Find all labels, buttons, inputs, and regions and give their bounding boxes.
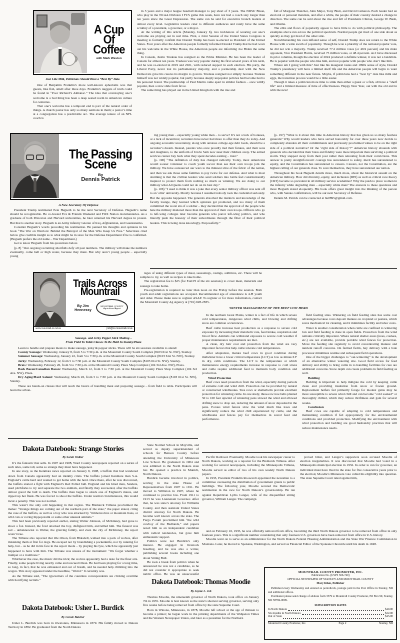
- photo-county-agent: [34, 273, 66, 330]
- coffee-kicker: Just Like Milk, Politicians Should Have …: [33, 78, 133, 82]
- masthead-box: MOUNTRAIL COUNTY PROMOTER, INC. Publicat…: [264, 567, 397, 640]
- body-paragraph: This had been previously reported earlie…: [8, 519, 138, 536]
- body-paragraph: Beef cows need protection from the wind,…: [202, 380, 297, 422]
- body-paragraph: A clean, dry hair coat and protection fr…: [202, 342, 297, 350]
- body-paragraph: (p. 106) “I used to think it was a joke …: [150, 187, 265, 225]
- body-paragraph: It’s the fantastic that sells. In 1907 a…: [8, 461, 138, 469]
- section-rule: [150, 268, 397, 269]
- body-paragraph: That one’s welcome has a temporal end is…: [33, 104, 132, 121]
- class-entry: Back Bacon/Canadian Bacon: Wednesday, Ma…: [10, 367, 197, 375]
- datebook-moodie-byline: By Jayme L. Job: [143, 589, 259, 593]
- trails-schedule-column: Learn to handle and prepare meats to mak…: [10, 346, 197, 434]
- trails-byline: By Jim Hennessy: [72, 304, 94, 312]
- body-paragraph: Politics were not Burdick’s only interes…: [143, 539, 199, 560]
- body-paragraph: Throughout his book Hegseth details more…: [270, 171, 397, 196]
- rate-value: $45.00: [385, 615, 393, 619]
- body-paragraph: in 3 years and a major league baseball m…: [137, 9, 265, 30]
- body-paragraph: Moodie went on to serve as an administra…: [202, 537, 397, 545]
- website-url: www.mountrail-co.nd.us: [36, 327, 61, 330]
- passing-scene-title-area: The Passing Scene By Dennis Patrick: [59, 134, 142, 199]
- body-paragraph: One of the bigger challenges to “out-win…: [302, 355, 397, 376]
- body-paragraph: President Trump nominated Pete Hegseth t…: [10, 208, 147, 225]
- passing-scene-author: Dennis Patrick: [81, 177, 120, 183]
- county-agent-logo: MOUNTRAIL COUNTY Agricultural Agent: [96, 299, 128, 316]
- body-paragraph: Thomas Moodie, the nineteenth governor o…: [143, 595, 259, 608]
- class-entry: Dry Aging/Hard Salami: Wednesday, March …: [10, 375, 197, 383]
- trails-headline-box: Trails Across Mountrail By Jim Hennessy …: [33, 272, 135, 332]
- passing-scene-kicker: A New Secretary Of Defense: [10, 203, 147, 207]
- body-paragraph: Usher L. Burdick was born in Owatonna, M…: [8, 621, 138, 629]
- body-paragraph: fall of Margaret Thatcher, John Major, T…: [270, 9, 397, 26]
- passing-scene-title-line: Scene: [85, 160, 117, 172]
- burdick-continuation-column: State Normal School in Mayville, and ser…: [143, 443, 199, 575]
- body-paragraph: The registration fee is $25 (for EACH of…: [140, 279, 262, 287]
- masthead-postmaster-para: Postmaster please send change of address…: [268, 595, 393, 603]
- body-paragraph: tages of using different types of meat, …: [140, 271, 262, 279]
- trails-title-area: Trails Across Mountrail By Jim Hennessy …: [66, 273, 134, 331]
- body-paragraph: After adaptation, mature beef cows in go…: [202, 351, 297, 376]
- body-paragraph: Though it takes a politician more time t…: [270, 80, 397, 93]
- body-paragraph: The ebbs and flows of popularity appear …: [270, 26, 397, 39]
- photo-man-in-suit: [11, 134, 59, 198]
- beef-column-a: In the northern Great Plains, winter is …: [202, 313, 297, 449]
- body-paragraph: Pre-registration is required no later th…: [140, 288, 262, 305]
- coffee-headline-box: A Cup Of Coffee with Mark Weston: [33, 10, 132, 75]
- body-paragraph: Pacific Railroad. Eventually, Moodie too…: [202, 455, 295, 476]
- body-paragraph: proved bitter, and Langer’s supporters s…: [300, 455, 397, 480]
- body-paragraph: In 1933, President Franklin Roosevelt ap…: [202, 476, 295, 501]
- burdick-intro-column: Usher L. Burdick was born in Owatonna, M…: [8, 621, 138, 636]
- body-paragraph: field feeding sites. Wintering on field …: [302, 313, 397, 326]
- body-paragraph: The Tribune also reported that Ole Olson…: [8, 536, 138, 557]
- body-paragraph: (p. 190) “The definition of duty has cha…: [150, 158, 265, 187]
- body-paragraph: Where am I going with this? Just like hi…: [270, 63, 397, 80]
- body-paragraph: ing young men – especially young white m…: [150, 133, 265, 158]
- body-paragraph: Notwithstanding his own inflated sense o…: [270, 38, 397, 63]
- coffee-title-area: A Cup Of Coffee with Mark Weston: [87, 11, 131, 74]
- beef-article-heading: WINTER MANAGEMENT OF THE BEEF COW HERD: [140, 306, 397, 310]
- beef-column-b: field feeding sites. Wintering on field …: [302, 313, 397, 449]
- strange-stories-column: It’s the fantastic that sells. In 1907 a…: [8, 461, 138, 600]
- body-paragraph: At the writing of this article (Monday, …: [137, 30, 265, 55]
- body-paragraph: Beef cows are capable of adapting to col…: [302, 409, 397, 430]
- trails-contact-strip: www.mountrail-co.nd.us jrob@co.mountrail…: [34, 326, 134, 331]
- datebook-strange-title: Dakota Datebook: Strange Stories: [8, 444, 138, 453]
- moodie-column-a: Pacific Railroad. Eventually, Moodie too…: [202, 455, 295, 527]
- coffee-column-b: fall of Margaret Thatcher, John Major, T…: [270, 9, 397, 129]
- coffee-intro-column: One of Benjamin Franklin’s more well-kno…: [33, 83, 132, 129]
- body-paragraph: Water is another consideration when catt…: [302, 326, 397, 355]
- body-paragraph: As the Tribune said, “The typewriters of…: [8, 574, 138, 582]
- schedule-outro: These are hands-on classes that will tea…: [10, 384, 197, 392]
- dotted-leader: [283, 618, 384, 619]
- moodie-wide-column: and on February 16, 1935, he was officia…: [202, 529, 397, 565]
- trails-side-column: tages of using different types of meat, …: [140, 271, 262, 305]
- moodie-intro-column: Thomas Moodie, the nineteenth governor o…: [143, 595, 259, 639]
- body-paragraph: One of Benjamin Franklin’s more well-kno…: [33, 83, 132, 104]
- newspaper-page: A Cup Of Coffee with Mark Weston Just Li…: [0, 0, 400, 643]
- email-address: jrob@co.mountrail.nd.us: [107, 327, 133, 330]
- body-paragraph: The same thing has played out in the Uni…: [137, 88, 265, 92]
- moodie-column-b: proved bitter, and Langer’s supporters s…: [300, 455, 397, 527]
- trails-kicker-line: From Field To Table Classes To Be Held I…: [10, 340, 197, 344]
- trails-title-line: Mountrail: [80, 289, 119, 299]
- masthead-footer-page: Page 2: [339, 622, 347, 626]
- section-rule: [8, 438, 198, 439]
- body-paragraph: In the northern Great Plains, winter is …: [202, 313, 297, 326]
- rate-label: Out of State: [268, 615, 282, 619]
- body-paragraph: (p. 197) “What is it about this time in …: [270, 133, 397, 171]
- passing-scene-headline-box: The Passing Scene By Dennis Patrick: [10, 133, 143, 200]
- coffee-title-line: Coffee: [93, 44, 125, 55]
- logo-agent-label: Agricultural Agent: [103, 308, 120, 310]
- passing-scene-column-c: (p. 197) “What is it about this time in …: [270, 133, 397, 265]
- coffee-byline: with Mark Weston: [96, 56, 121, 60]
- trails-columnist-photo: [34, 273, 66, 331]
- rate-row: Out of State $45.00: [268, 615, 393, 619]
- datebook-burdick-byline: By Carole Butcher: [8, 615, 138, 619]
- body-paragraph: State Normal School in Mayville, and ser…: [143, 443, 199, 476]
- body-paragraph: Bedding is important to help mitigate th…: [302, 380, 397, 405]
- body-paragraph: Consider Hegseth’s words preceding his n…: [10, 225, 147, 242]
- passing-scene-column-b: ing young men – especially young white m…: [150, 133, 265, 265]
- masthead-footer-right: Stanley, ND: [379, 622, 393, 626]
- body-paragraph: Beef cattle increase heat production as …: [202, 326, 297, 343]
- body-paragraph: Born in Winona, Minnesota, in 1878, Mood…: [143, 608, 259, 621]
- body-paragraph: In one story, as the Kenmare news report…: [8, 469, 138, 502]
- body-paragraph: Dennis M. Patrick can be contacted at bu…: [270, 196, 397, 200]
- datebook-moodie-title: Dakota Datebook: Thomas Moodie: [143, 578, 259, 586]
- section-rule: [202, 452, 397, 453]
- masthead-footer-row: Mountrail County Promoter, Inc. Page 2 S…: [268, 621, 393, 627]
- datebook-strange-byline: By Sarah Walker: [8, 455, 138, 459]
- photo-man-with-mug: [34, 11, 87, 73]
- body-paragraph: In Canada, Justin Trudeau has resigned a…: [137, 55, 265, 88]
- passing-scene-intro-column: President Trump nominated Pete Hegseth t…: [10, 208, 147, 265]
- dotted-leader: [302, 614, 384, 615]
- class-entry: Summer Sausage: Wednesday, January 22, f…: [10, 354, 197, 358]
- coffee-columnist-photo: [34, 11, 87, 74]
- body-paragraph: Burdick became involved in politics, ser…: [143, 476, 199, 539]
- dotted-leader: [288, 610, 384, 611]
- coffee-column-a: in 3 years and a major league baseball m…: [137, 9, 265, 129]
- passing-scene-columnist-photo: [11, 134, 59, 199]
- datebook-burdick-title: Dakota Datebook: Usher L. Burdick: [8, 604, 138, 612]
- trails-kicker: Sausage- and Jerky Pepper Stick Making –…: [10, 336, 197, 344]
- body-paragraph: (p. 8) “Our ongoing recruiting shortfall…: [10, 246, 147, 259]
- body-paragraph: Whichever the case, the music did the tr…: [8, 557, 138, 574]
- masthead-footer-left: Mountrail County Promoter, Inc.: [268, 622, 306, 626]
- body-paragraph: He took a break from politics when he an…: [143, 560, 199, 575]
- body-paragraph: and on February 16, 1935, he was officia…: [202, 529, 397, 537]
- body-paragraph: This wasn’t the only odd happening in th…: [8, 503, 138, 520]
